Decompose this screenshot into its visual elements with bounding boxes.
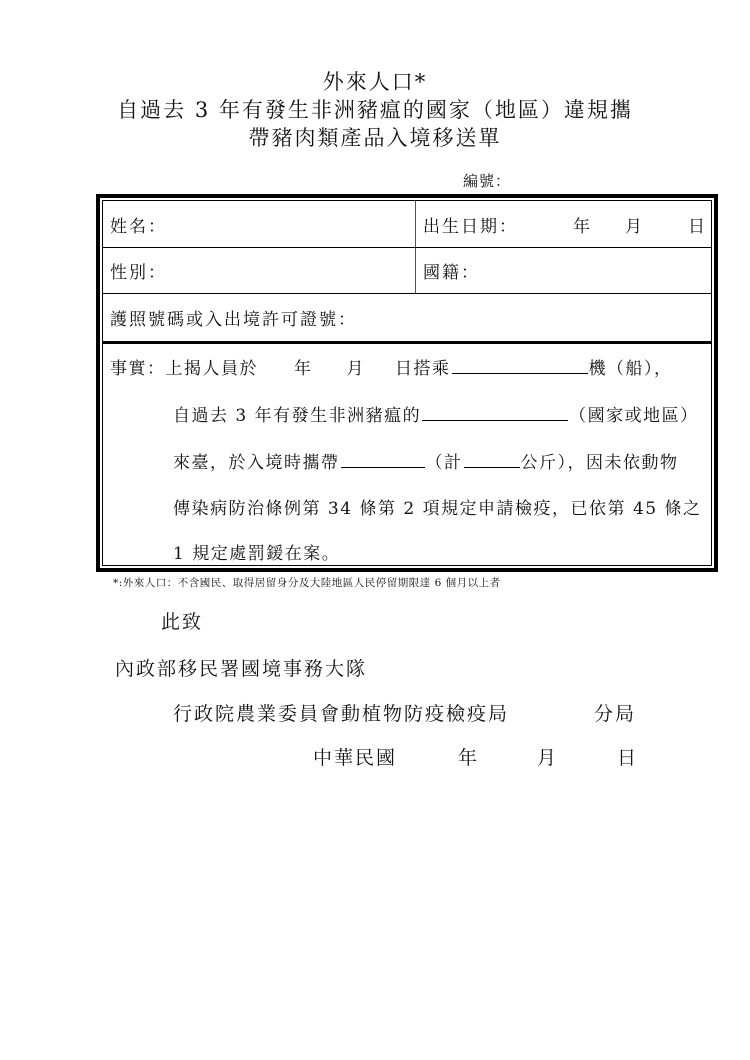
- nationality-label: 國籍：: [423, 258, 480, 283]
- facts-line-1: 事實：上揭人員於年月日搭乘機（船），: [110, 354, 673, 379]
- facts-line-2: 自過去 3 年有發生非洲豬瘟的（國家或地區）: [173, 401, 699, 426]
- facts-line-4: 傳染病防治條例第 34 條第 2 項規定申請檢疫，已依第 45 條之: [173, 494, 702, 519]
- date-day-label: 日: [617, 743, 638, 770]
- facts-text: 公斤），因未依動物: [521, 453, 679, 473]
- document-title-line-3: 帶豬肉類產品入境移送單: [0, 122, 750, 152]
- dob-label: 出生日期：: [423, 212, 518, 237]
- footnote: *:外來人口：不含國民、取得居留身分及大陸地區人民停留期限達 6 個月以上者: [113, 575, 501, 590]
- gender-field[interactable]: 性別：: [103, 248, 416, 293]
- date-month-label: 月: [537, 743, 558, 770]
- dob-year-label: 年: [573, 212, 592, 237]
- name-field[interactable]: 姓名：: [103, 201, 416, 247]
- form-row-name-dob: 姓名： 出生日期： 年 月 日: [103, 201, 711, 248]
- date-era: 中華民國: [313, 743, 397, 770]
- document-title-line-1: 外來人口*: [0, 66, 750, 96]
- vehicle-blank[interactable]: [452, 355, 588, 374]
- passport-label: 護照號碼或入出境許可證號：: [110, 305, 357, 330]
- facts-text: （國家或地區）: [569, 406, 699, 426]
- form-row-gender-nationality: 性別： 國籍：: [103, 248, 711, 294]
- form-table: 姓名： 出生日期： 年 月 日 性別： 國籍： 護照號碼: [96, 194, 718, 572]
- facts-text: 來臺，於入境時攜帶: [173, 453, 340, 473]
- facts-text: 機（船），: [589, 359, 673, 379]
- facts-month-label: 月: [347, 359, 366, 379]
- facts-text: 日搭乘: [395, 359, 451, 379]
- item-blank[interactable]: [341, 449, 425, 468]
- facts-line-3: 來臺，於入境時攜帶（計公斤），因未依動物: [173, 448, 679, 473]
- facts-text: 上揭人員於: [166, 359, 259, 379]
- form-row-facts: 事實：上揭人員於年月日搭乘機（船）， 自過去 3 年有發生非洲豬瘟的（國家或地區…: [103, 344, 711, 565]
- document-title-line-2: 自過去 3 年有發生非洲豬瘟的國家（地區）違規攜: [0, 94, 750, 124]
- facts-year-label: 年: [294, 359, 313, 379]
- dob-field[interactable]: 出生日期： 年 月 日: [416, 201, 711, 247]
- facts-line-5: 1 規定處罰鍰在案。: [173, 539, 340, 564]
- facts-text: 自過去 3 年有發生非洲豬瘟的: [173, 406, 421, 426]
- sender-branch: 分局: [594, 699, 636, 726]
- nationality-field[interactable]: 國籍：: [416, 248, 711, 293]
- salutation: 此致: [161, 607, 203, 634]
- weight-blank[interactable]: [464, 449, 520, 468]
- facts-text: （計: [426, 453, 463, 473]
- form-row-passport: 護照號碼或入出境許可證號：: [103, 294, 711, 341]
- dob-day-label: 日: [688, 212, 707, 237]
- date-year-label: 年: [458, 743, 479, 770]
- serial-number-label: 編號：: [463, 170, 511, 191]
- dob-month-label: 月: [625, 212, 644, 237]
- sender-agency: 行政院農業委員會動植物防疫檢疫局: [173, 699, 509, 726]
- passport-field[interactable]: 護照號碼或入出境許可證號：: [103, 294, 711, 341]
- recipient: 內政部移民署國境事務大隊: [115, 654, 367, 681]
- country-blank[interactable]: [422, 402, 568, 421]
- gender-label: 性別：: [110, 258, 167, 283]
- name-label: 姓名：: [110, 212, 167, 237]
- facts-label: 事實：: [110, 359, 166, 379]
